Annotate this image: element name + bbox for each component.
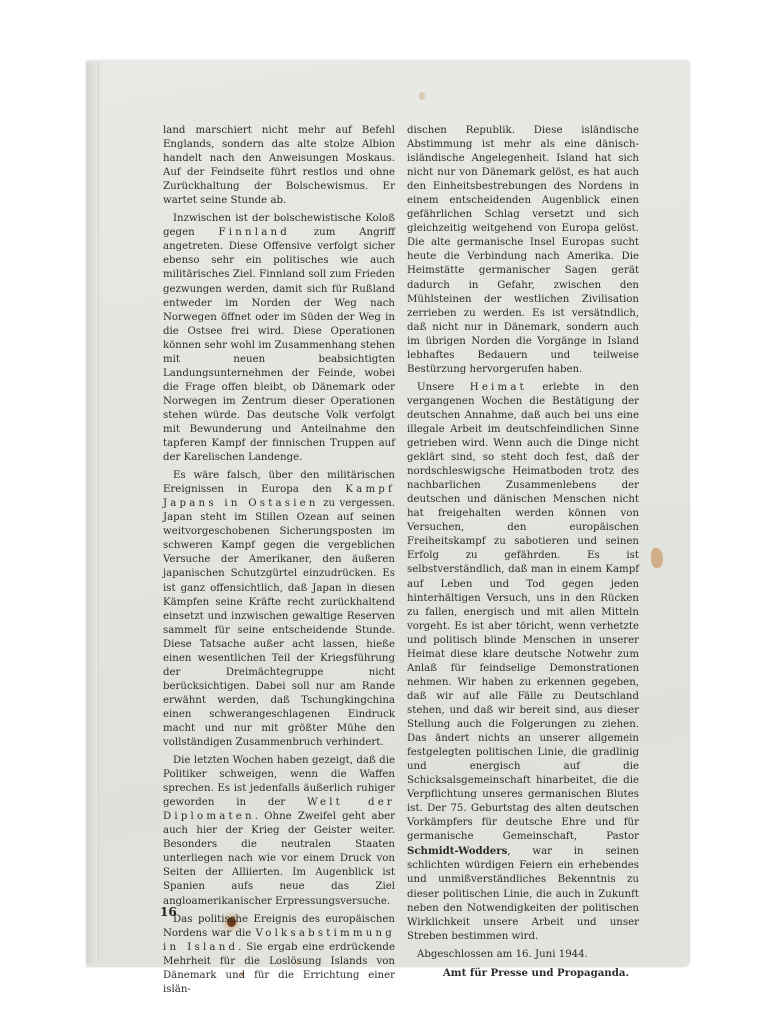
paragraph: Die letzten Wochen haben gezeigt, daß di… <box>163 754 395 909</box>
text-run: erlebte in den vergangenen Wochen die Be… <box>407 382 639 843</box>
spaced-emphasis: Finnland <box>218 227 289 238</box>
right-text-column: dischen Republik. Diese isländische Abst… <box>407 124 639 984</box>
paragraph: Unsere Heimat erlebte in den vergangenen… <box>407 381 639 944</box>
paragraph: Das politische Ereignis des europäischen… <box>163 913 395 997</box>
paragraph: dischen Republik. Diese isländische Abst… <box>407 124 639 377</box>
text-run: Unsere <box>417 382 470 393</box>
paragraph: land marschiert nicht mehr auf Befehl En… <box>163 124 395 208</box>
text-run: . Ohne Zweifel geht aber auch hier der K… <box>163 811 395 906</box>
text-run: dischen Republik. Diese isländische Abst… <box>407 125 639 375</box>
text-run: zu vergessen. Japan steht im Stillen Oze… <box>163 498 395 748</box>
paragraph: Es wäre falsch, über den militärischen E… <box>163 469 395 750</box>
text-run: zum Angriff angetreten. Diese Offensive … <box>163 227 395 463</box>
paper-stain <box>651 548 663 568</box>
paragraph: Inzwischen ist der bolschewistische Kolo… <box>163 212 395 465</box>
text-run: land marschiert nicht mehr auf Befehl En… <box>163 125 395 206</box>
spaced-emphasis: Heimat <box>470 382 527 393</box>
bold-name: Schmidt-Wodders <box>407 845 507 857</box>
signature-line: Amt für Presse und Propaganda. <box>407 966 639 980</box>
closing-date-line: Abgeschlossen am 16. Juni 1944. <box>407 948 639 962</box>
left-text-column: land marschiert nicht mehr auf Befehl En… <box>163 124 395 1001</box>
text-run: , war in seinen schlichten würdigen Feie… <box>407 846 639 941</box>
paper-stain <box>419 92 425 100</box>
page-number: 16 <box>160 905 177 919</box>
